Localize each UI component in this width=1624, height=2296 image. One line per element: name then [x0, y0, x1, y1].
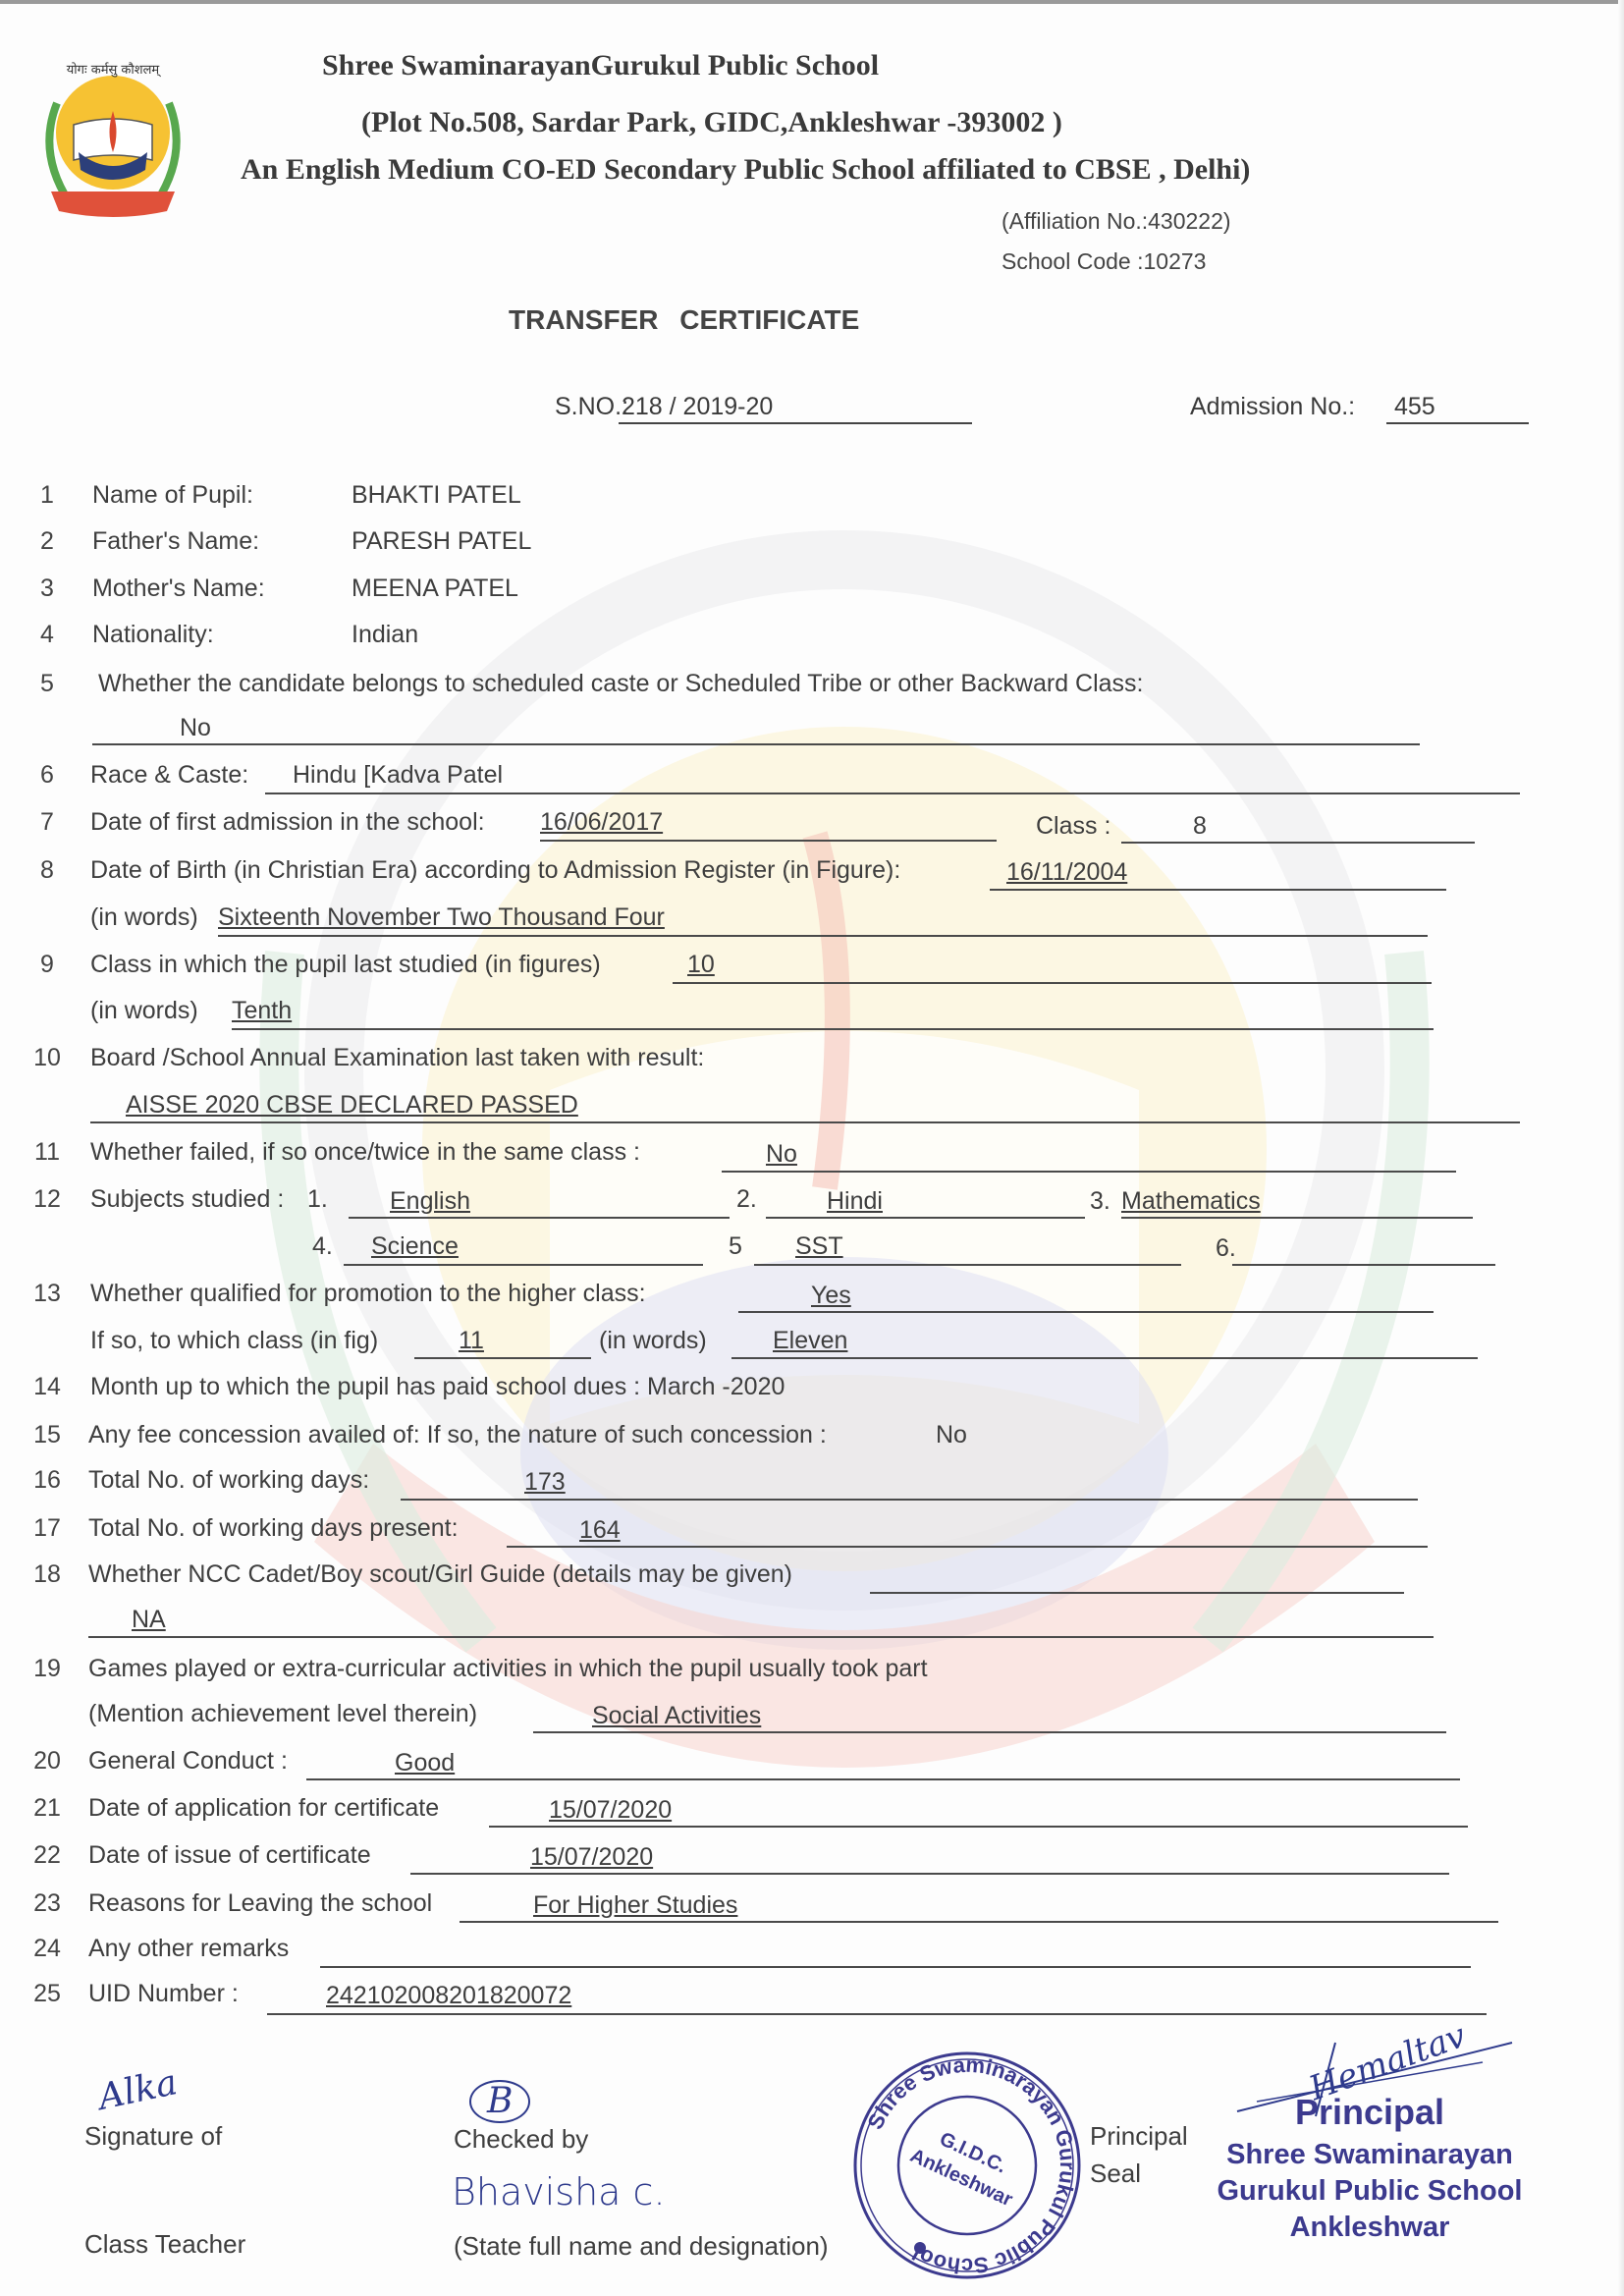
- subject-number: 4.: [312, 1232, 333, 1261]
- application-date-underline: [489, 1826, 1468, 1828]
- field-number: 4: [27, 621, 67, 649]
- subject-number: 5: [729, 1232, 742, 1261]
- subject-number: 6.: [1216, 1234, 1236, 1263]
- admission-number-underline: [1386, 422, 1529, 424]
- failed-value: No: [766, 1140, 797, 1169]
- issue-date-label: Date of issue of certificate: [88, 1841, 371, 1870]
- subject-6-underline: [1232, 1264, 1495, 1266]
- document-title: TRANSFER CERTIFICATE: [509, 304, 859, 336]
- dues-paid-text: Month up to which the pupil has paid sch…: [90, 1373, 785, 1401]
- field-number: 19: [27, 1655, 67, 1683]
- conduct-value: Good: [395, 1749, 455, 1777]
- pupil-name-value: BHAKTI PATEL: [352, 481, 521, 510]
- checker-name: Bhavisha c.: [452, 2170, 666, 2214]
- admission-class-label: Class :: [1036, 812, 1110, 841]
- mother-name-value: MEENA PATEL: [352, 574, 518, 603]
- dob-underline: [990, 889, 1446, 891]
- failed-underline: [722, 1171, 1456, 1173]
- checker-note: (State full name and designation): [454, 2231, 829, 2262]
- remarks-underline: [320, 1966, 1471, 1968]
- field-number: 1: [27, 481, 67, 510]
- school-name: Shree SwaminarayanGurukul Public School: [322, 49, 879, 82]
- issue-date-underline: [410, 1873, 1449, 1875]
- dob-words-label: (in words): [90, 903, 198, 932]
- leaving-reason-underline: [460, 1921, 1498, 1923]
- conduct-label: General Conduct :: [88, 1747, 288, 1776]
- fee-concession-label: Any fee concession availed of: If so, th…: [88, 1421, 827, 1449]
- class-teacher-label-2: Class Teacher: [84, 2229, 245, 2260]
- activities-underline: [533, 1731, 1446, 1733]
- issue-date-value: 15/07/2020: [530, 1843, 653, 1872]
- field-number: 18: [27, 1560, 67, 1589]
- svg-text:Shree Swaminarayan Gurukul Pub: Shree Swaminarayan Gurukul Public School: [862, 2052, 1080, 2278]
- last-class-words-underline: [232, 1028, 1434, 1030]
- promotion-class-fig-value: 11: [459, 1327, 484, 1355]
- promotion-class-words-value: Eleven: [773, 1327, 847, 1355]
- working-days-value: 173: [524, 1468, 566, 1497]
- promotion-label: Whether qualified for promotion to the h…: [90, 1280, 646, 1308]
- last-class-words-value: Tenth: [232, 997, 292, 1025]
- school-code: School Code :10273: [1001, 248, 1206, 275]
- subject-number: 3.: [1090, 1187, 1110, 1216]
- days-present-underline: [507, 1546, 1428, 1548]
- field-number: 21: [27, 1794, 67, 1823]
- working-days-underline: [401, 1499, 1418, 1501]
- serial-number-value: 218 / 2019-20: [622, 393, 773, 421]
- subject-2-value: Hindi: [827, 1187, 883, 1216]
- subject-3-underline: [1121, 1217, 1473, 1219]
- application-date-label: Date of application for certificate: [88, 1794, 439, 1823]
- school-affiliation-line: An English Medium CO-ED Secondary Public…: [241, 153, 1250, 187]
- field-number: 13: [27, 1280, 67, 1308]
- field-number: 15: [27, 1421, 67, 1449]
- scan-top-edge: [0, 0, 1624, 4]
- field-number: 5: [27, 670, 67, 698]
- subject-1-value: English: [390, 1187, 470, 1216]
- school-address: (Plot No.508, Sardar Park, GIDC,Ankleshw…: [361, 106, 1062, 139]
- affiliation-number: (Affiliation No.:430222): [1001, 208, 1231, 235]
- admission-number-label: Admission No.:: [1190, 393, 1355, 421]
- dob-words-value: Sixteenth November Two Thousand Four: [218, 903, 665, 932]
- last-class-label: Class in which the pupil last studied (i…: [90, 951, 601, 979]
- principal-title: Principal: [1173, 2092, 1566, 2133]
- field-number: 9: [27, 951, 67, 979]
- dob-value: 16/11/2004: [1006, 858, 1127, 887]
- scan-right-edge: [1618, 0, 1624, 2296]
- serial-number-label: S.NO.:: [555, 393, 628, 421]
- race-caste-underline: [265, 793, 1520, 794]
- field-number: 17: [27, 1514, 67, 1543]
- promotion-underline: [738, 1311, 1434, 1313]
- subject-4-value: Science: [371, 1232, 459, 1261]
- admission-date-value: 16/06/2017: [540, 808, 663, 837]
- subject-5-value: SST: [795, 1232, 843, 1261]
- race-caste-value: Hindu [Kadva Patel: [293, 761, 503, 790]
- uid-underline: [267, 2013, 1487, 2015]
- admission-class-value: 8: [1193, 812, 1207, 841]
- school-seal: Shree Swaminarayan Gurukul Public School…: [849, 2048, 1085, 2283]
- admission-class-underline: [1121, 842, 1475, 844]
- principal-school-line-1: Shree Swaminarayan: [1173, 2139, 1566, 2171]
- subject-2-underline: [766, 1217, 1085, 1219]
- field-number: 12: [27, 1185, 67, 1214]
- promotion-class-words-label: (in words): [599, 1327, 707, 1355]
- nationality-value: Indian: [352, 621, 418, 649]
- father-name-value: PARESH PATEL: [352, 527, 531, 556]
- activities-sublabel: (Mention achievement level therein): [88, 1700, 477, 1728]
- subject-5-underline: [754, 1264, 1181, 1266]
- field-number: 22: [27, 1841, 67, 1870]
- seal-label-2: Seal: [1090, 2159, 1141, 2189]
- field-number: 23: [27, 1889, 67, 1918]
- uid-value: 242102008201820072: [326, 1982, 571, 2010]
- subject-number: 2.: [736, 1185, 757, 1214]
- admission-date-label: Date of first admission in the school:: [90, 808, 485, 837]
- last-class-value: 10: [687, 951, 715, 979]
- father-name-label: Father's Name:: [92, 527, 259, 556]
- race-caste-label: Race & Caste:: [90, 761, 248, 790]
- school-logo: योगः कर्मसु कौशलम्: [29, 54, 196, 226]
- field-number: 14: [27, 1373, 67, 1401]
- checker-initial: B: [469, 2080, 530, 2123]
- field-number: 3: [27, 574, 67, 603]
- class-teacher-label-1: Signature of: [84, 2121, 222, 2152]
- field-number: 2: [27, 527, 67, 556]
- nationality-label: Nationality:: [92, 621, 214, 649]
- activities-value: Social Activities: [592, 1702, 761, 1730]
- subject-number: 1.: [307, 1185, 328, 1214]
- last-class-underline: [673, 982, 1432, 984]
- mother-name-label: Mother's Name:: [92, 574, 265, 603]
- principal-school-line-3: Ankleshwar: [1173, 2212, 1566, 2244]
- ncc-label: Whether NCC Cadet/Boy scout/Girl Guide (…: [88, 1560, 792, 1589]
- field-number: 7: [27, 808, 67, 837]
- ncc-underline-2: [88, 1636, 1434, 1638]
- uid-label: UID Number :: [88, 1980, 239, 2008]
- days-present-value: 164: [579, 1516, 621, 1545]
- conduct-underline: [306, 1778, 1460, 1780]
- field-number: 6: [27, 761, 67, 790]
- days-present-label: Total No. of working days present:: [88, 1514, 459, 1543]
- ncc-underline-1: [870, 1592, 1404, 1594]
- admission-number-value: 455: [1394, 393, 1435, 421]
- principal-school-line-2: Gurukul Public School: [1173, 2175, 1566, 2208]
- dob-label: Date of Birth (in Christian Era) accordi…: [90, 856, 900, 885]
- application-date-value: 15/07/2020: [549, 1796, 672, 1825]
- admission-date-underline: [540, 840, 997, 842]
- serial-number-underline: [619, 422, 972, 424]
- failed-label: Whether failed, if so once/twice in the …: [90, 1138, 640, 1167]
- promotion-class-words-underline: [731, 1357, 1478, 1359]
- field-number: 10: [27, 1044, 67, 1072]
- class-teacher-signature: Alka: [95, 2062, 182, 2118]
- exam-result-value: AISSE 2020 CBSE DECLARED PASSED: [126, 1091, 578, 1120]
- promotion-class-fig-label: If so, to which class (in fig): [90, 1327, 378, 1355]
- remarks-label: Any other remarks: [88, 1935, 289, 1963]
- field-number: 20: [27, 1747, 67, 1776]
- leaving-reason-value: For Higher Studies: [533, 1891, 737, 1920]
- field-number: 24: [27, 1935, 67, 1963]
- ncc-value: NA: [132, 1606, 166, 1634]
- principal-stamp: Principal Shree Swaminarayan Gurukul Pub…: [1173, 2092, 1566, 2244]
- promotion-value: Yes: [811, 1282, 851, 1310]
- dob-words-underline: [218, 935, 1428, 937]
- exam-result-underline: [90, 1121, 1520, 1123]
- category-label: Whether the candidate belongs to schedul…: [98, 670, 1144, 698]
- pupil-name-label: Name of Pupil:: [92, 481, 253, 510]
- subjects-label: Subjects studied :: [90, 1185, 284, 1214]
- last-class-words-label: (in words): [90, 997, 198, 1025]
- subject-3-value: Mathematics: [1121, 1187, 1261, 1216]
- promotion-class-fig-underline: [414, 1357, 591, 1359]
- exam-result-label: Board /School Annual Examination last ta…: [90, 1044, 704, 1072]
- category-underline: [92, 743, 1420, 745]
- field-number: 16: [27, 1466, 67, 1495]
- leaving-reason-label: Reasons for Leaving the school: [88, 1889, 432, 1918]
- category-value: No: [180, 714, 211, 742]
- field-number: 11: [27, 1138, 67, 1167]
- fee-concession-value: No: [936, 1421, 967, 1449]
- activities-label: Games played or extra-curricular activit…: [88, 1655, 928, 1683]
- subject-1-underline: [349, 1217, 730, 1219]
- working-days-label: Total No. of working days:: [88, 1466, 369, 1495]
- svg-text:योगः कर्मसु कौशलम्: योगः कर्मसु कौशलम्: [67, 62, 161, 78]
- subject-4-underline: [344, 1264, 703, 1266]
- checked-by-label: Checked by: [454, 2124, 588, 2155]
- field-number: 8: [27, 856, 67, 885]
- field-number: 25: [27, 1980, 67, 2008]
